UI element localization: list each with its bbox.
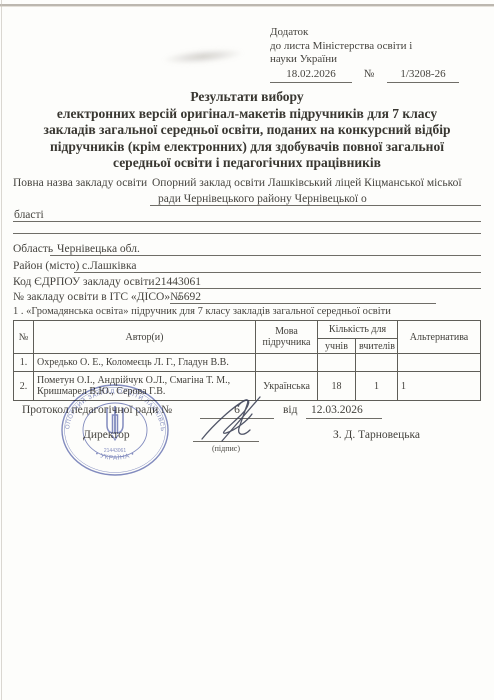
appendix-line-3: науки України	[270, 53, 459, 67]
district-rule	[74, 272, 481, 273]
protocol-date: 12.03.2026	[311, 404, 363, 417]
protocol-date-rule	[306, 418, 382, 419]
row-authors: Охредько О. Е., Коломеєць Л. Г., Гладун …	[34, 354, 256, 372]
title-line-2: електронних версій оригінал-макетів підр…	[0, 106, 494, 123]
table-caption: 1 . «Громадянська освіта» підручник для …	[13, 306, 391, 317]
appendix-line-1: Додаток	[270, 26, 459, 40]
row-alternative: 1	[398, 372, 481, 401]
district-label: Район (місто)	[13, 260, 79, 273]
row-students	[318, 354, 356, 372]
table-row: 1. Охредько О. Е., Коломеєць Л. Г., Глад…	[14, 354, 481, 372]
scan-top-edge-shadow	[0, 6, 494, 7]
title-line-1: Результати вибору	[0, 89, 494, 106]
oblast-label: Область	[13, 243, 53, 256]
col-header-authors: Автор(и)	[34, 321, 256, 354]
scanned-document-page: Додаток до листа Міністерства освіти і н…	[0, 0, 494, 700]
title-line-5: середньої освіти і педагогічних працівни…	[0, 155, 494, 172]
school-name-label: Повна назва закладу освіти	[13, 177, 147, 190]
col-header-language: Мова підручника	[256, 321, 318, 354]
svg-text:ОПОРНИЙ ЗАКЛАД ОСВІТИ ЛАШКІВСЬ: ОПОРНИЙ ЗАКЛАД ОСВІТИ ЛАШКІВСЬКИЙ	[58, 382, 165, 432]
col-header-num: №	[14, 321, 34, 354]
col-header-quantity: Кількість для	[318, 321, 398, 339]
trident-icon	[107, 406, 123, 440]
director-name: З. Д. Тарновецька	[333, 429, 420, 442]
diso-rule	[170, 303, 436, 304]
school-name-rule-2	[13, 221, 481, 222]
number-sign: №	[364, 68, 375, 82]
school-name-rule-3	[13, 233, 481, 234]
title-line-3: закладів загальної середньої освіти, под…	[0, 122, 494, 139]
scan-smudge	[162, 46, 245, 66]
edrpou-rule	[147, 288, 481, 289]
row-teachers	[356, 354, 398, 372]
diso-label: № закладу освіти в ІТС «ДІСО»№	[13, 291, 181, 304]
school-name-rule-1	[150, 205, 481, 206]
appendix-line-2: до листа Міністерства освіти і	[270, 40, 459, 54]
row-num: 1.	[14, 354, 34, 372]
school-round-stamp: ОПОРНИЙ ЗАКЛАД ОСВІТИ ЛАШКІВСЬКИЙ • УКРА…	[58, 382, 172, 478]
document-title: Результати вибору електронних версій ори…	[0, 89, 494, 172]
letter-date: 18.02.2026	[270, 68, 352, 84]
school-name-line-1: Опорний заклад освіти Лашківський ліцей …	[152, 177, 462, 190]
row-students: 18	[318, 372, 356, 401]
stamp-code: 21443061	[104, 448, 126, 454]
handwritten-signature	[186, 394, 296, 446]
stamp-arc-top-text: ОПОРНИЙ ЗАКЛАД ОСВІТИ ЛАШКІВСЬКИЙ	[58, 382, 165, 432]
col-header-teachers: вчителів	[356, 339, 398, 354]
letter-number-line: 18.02.2026 № 1/3208-26	[270, 68, 459, 84]
oblast-rule	[50, 255, 481, 256]
edrpou-label: Код ЄДРПОУ закладу освіти	[13, 276, 155, 289]
letter-number: 1/3208-26	[387, 68, 459, 84]
col-header-alternative: Альтернатива	[398, 321, 481, 354]
row-teachers: 1	[356, 372, 398, 401]
row-alternative	[398, 354, 481, 372]
row-language	[256, 354, 318, 372]
appendix-note: Додаток до листа Міністерства освіти і н…	[270, 26, 459, 83]
row-num: 2.	[14, 372, 34, 401]
col-header-students: учнів	[318, 339, 356, 354]
title-line-4: підручників (крім електронних) для здобу…	[0, 139, 494, 156]
